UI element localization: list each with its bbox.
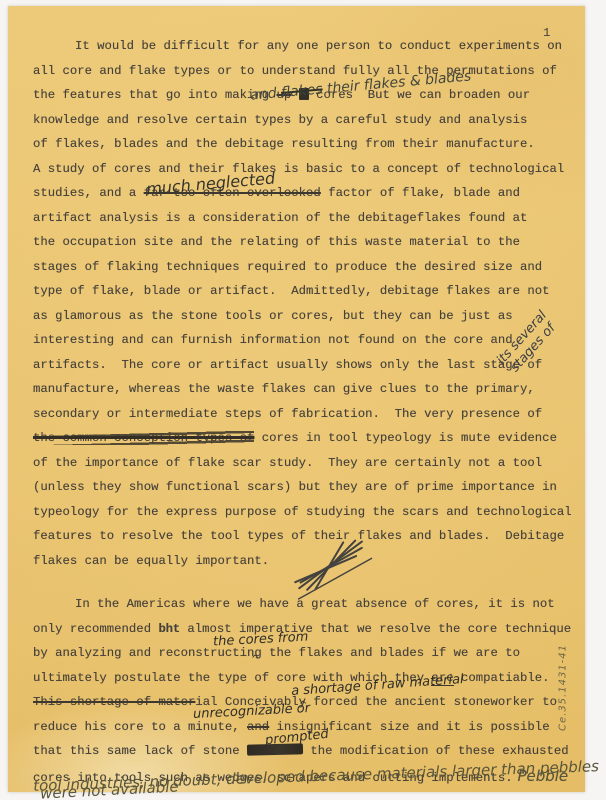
text-segment: stages of flaking techniques required to… [33,260,542,274]
text-segment: secondary or intermediate steps of fabri… [33,407,542,421]
text-line: studies, and a far too often overlooked … [33,181,581,206]
text-segment: features to resolve the tool types of th… [33,529,564,543]
text-line: knowledge and resolve certain types by a… [33,108,581,133]
text-line: all core and flake types or to understan… [33,59,581,84]
text-line: by analyzing and reconstructing the flak… [33,641,581,666]
text-line: type of flake, blade or artifact. Admitt… [33,279,581,304]
text-segment: the common conception types of [33,431,254,445]
text-segment: by analyzing and reconstructing the flak… [33,646,520,660]
text-segment: bht [158,622,180,636]
text-segment: typeology for the express purpose of stu… [33,505,572,519]
text-segment: compatiable. [454,671,550,685]
text-line: artifact analysis is a consideration of … [33,206,581,231]
text-segment: A study of cores and their flakes is bas… [33,162,564,176]
text-line: (unless they show functional scars) but … [33,475,581,500]
text-segment: reduce his core to a minute, [33,720,247,734]
text-segment: as glamorous as the stone tools or cores… [33,309,513,323]
text-line: of the importance of flake scar study. T… [33,451,581,476]
text-segment: all core and flake types or to understan… [33,64,557,78]
text-line: A study of cores and their flakes is bas… [33,157,581,182]
text-segment: and [247,720,269,734]
text-segment: the modification of these exhausted [303,744,569,758]
typed-text: It would be difficult for any one person… [33,34,581,788]
text-line: stages of flaking techniques required to… [33,255,581,280]
manuscript-page: 1 It would be difficult for any one pers… [8,6,585,792]
text-line: features to resolve the tool types of th… [33,524,581,549]
text-segment: manufacture, whereas the waste flakes ca… [33,382,535,396]
text-line: the occupation site and the relating of … [33,230,581,255]
text-segment: studies, and a [33,186,144,200]
text-segment: only recommended [33,622,158,636]
text-segment: of the importance of flake scar study. T… [33,456,542,470]
text-segment: artifact analysis is a consideration of … [33,211,527,225]
text-segment: that this same lack of stone [33,744,247,758]
text-segment: flakes can be equally important. [33,554,269,568]
text-segment: (unless they show functional scars) but … [33,480,557,494]
paragraph: It would be difficult for any one person… [33,34,581,573]
text-segment: artifacts. The core or artifact usually … [33,358,542,372]
text-segment: of flakes, blades and the debitage resul… [33,137,535,151]
text-segment: cores in tool typeology is mute evidence [254,431,557,445]
text-line: manufacture, whereas the waste flakes ca… [33,377,581,402]
text-segment: interesting and can furnish information … [33,333,513,347]
handwritten-catalog-number: Ce.35.1431-41 [558,603,569,773]
text-line: secondary or intermediate steps of fabri… [33,402,581,427]
text-segment: type of flake, blade or artifact. Admitt… [33,284,550,298]
text-segment: factor of flake, blade and [321,186,520,200]
text-segment: In the Americas where we have a great ab… [75,597,555,611]
text-line: as glamorous as the stone tools or cores… [33,304,581,329]
text-segment: the occupation site and the relating of … [33,235,520,249]
text-line: of flakes, blades and the debitage resul… [33,132,581,157]
text-line: the common conception types of cores in … [33,426,581,451]
text-segment: This shortage of mater [33,695,195,709]
text-line: interesting and can furnish information … [33,328,581,353]
text-segment: knowledge and resolve certain types by a… [33,113,527,127]
text-line: typeology for the express purpose of stu… [33,500,581,525]
text-segment: the features that go into making [33,88,277,102]
handwritten-text: and [250,85,282,104]
text-segment: It would be difficult for any one person… [75,39,562,53]
text-line: It would be difficult for any one person… [33,34,581,59]
caret-mark: ^ [251,654,259,665]
